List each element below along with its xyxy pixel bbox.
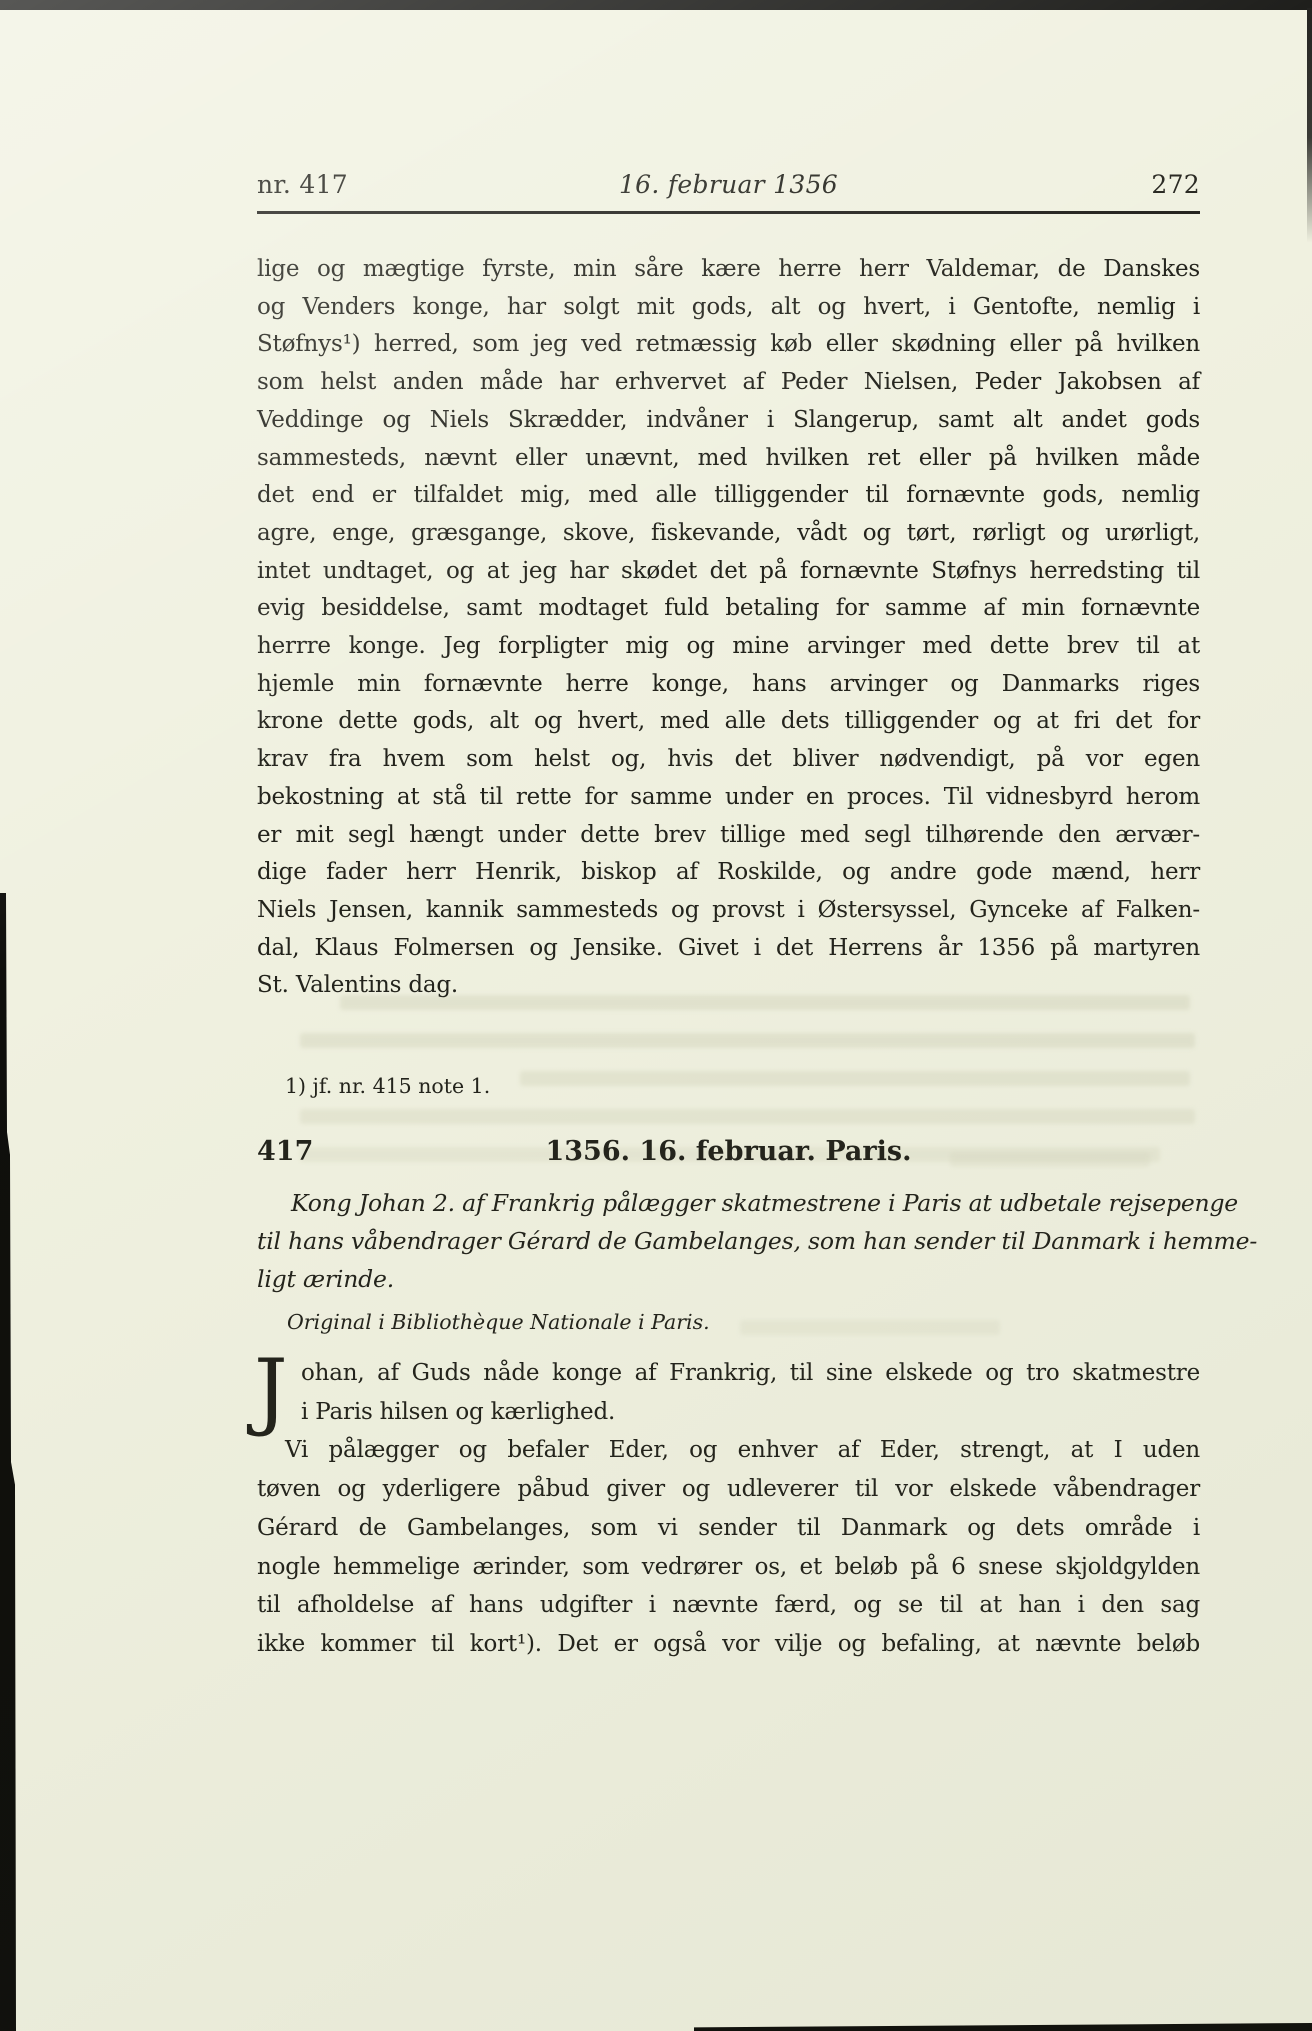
- header-rule: [257, 211, 1200, 214]
- text-line: i Paris hilsen og kærlighed.: [257, 1393, 1200, 1432]
- text-line: krav fra hvem som helst og, hvis det bli…: [257, 741, 1200, 779]
- scan-artifact-right-edge: [1307, 8, 1312, 243]
- text-line: er mit segl hængt under dette brev tilli…: [257, 817, 1200, 855]
- charter-number: 417: [257, 1136, 313, 1167]
- source-note: Original i Bibliothèque Nationale i Pari…: [257, 1310, 1200, 1334]
- scan-artifact-left-edge: [0, 893, 16, 2031]
- text-line: ohan, af Guds nåde konge af Frankrig, ti…: [257, 1354, 1200, 1393]
- header-entry-number: nr. 417: [257, 170, 348, 199]
- text-line: som helst anden måde har erhvervet af Pe…: [257, 364, 1200, 402]
- text-line: Støfnys¹) herred, som jeg ved retmæssig …: [257, 326, 1200, 364]
- summary-line: Kong Johan 2. af Frankrig pålægger skatm…: [257, 1184, 1200, 1222]
- text-line: Gérard de Gambelanges, som vi sender til…: [257, 1509, 1200, 1548]
- header-date: 16. februar 1356: [619, 170, 838, 199]
- footnote: 1) jf. nr. 415 note 1.: [257, 1074, 1200, 1098]
- text-line: Veddinge og Niels Skrædder, indvåner i S…: [257, 402, 1200, 440]
- text-line: ikke kommer til kort¹). Det er også vor …: [257, 1625, 1200, 1664]
- scanned-book-page: nr. 417 16. februar 1356 272 lige og mæg…: [0, 0, 1312, 2031]
- text-line: Vi pålægger og befaler Eder, og enhver a…: [257, 1431, 1200, 1470]
- bleed-through: [300, 1109, 1195, 1124]
- summary-line: til hans våbendrager Gérard de Gambelang…: [257, 1222, 1200, 1260]
- bleed-through: [300, 1033, 1195, 1048]
- charter-dateline: 1356. 16. februar. Paris.: [257, 1136, 1200, 1167]
- text-line: evig besiddelse, samt modtaget fuld beta…: [257, 590, 1200, 628]
- text-line: sammesteds, nævnt eller unævnt, med hvil…: [257, 440, 1200, 478]
- text-line: tøven og yderligere påbud giver og udlev…: [257, 1470, 1200, 1509]
- text-line: og Venders konge, har solgt mit gods, al…: [257, 289, 1200, 327]
- text-line: dige fader herr Henrik, biskop af Roskil…: [257, 854, 1200, 892]
- text-line: bekostning at stå til rette for samme un…: [257, 779, 1200, 817]
- summary-line: ligt ærinde.: [257, 1260, 1200, 1298]
- text-line: agre, enge, græsgange, skove, fiskevande…: [257, 515, 1200, 553]
- charter-body: J ohan, af Guds nåde konge af Frankrig, …: [257, 1354, 1200, 1664]
- text-line: til afholdelse af hans udgifter i nævnte…: [257, 1586, 1200, 1625]
- scan-artifact-bottom-bar: [694, 2023, 1312, 2031]
- header-page-number: 272: [1151, 170, 1200, 199]
- text-line: herrre konge. Jeg forpligter mig og mine…: [257, 628, 1200, 666]
- text-line: lige og mægtige fyrste, min såre kære he…: [257, 251, 1200, 289]
- text-line: nogle hemmelige ærinder, som vedrører os…: [257, 1548, 1200, 1587]
- text-line: St. Valentins dag.: [257, 967, 1200, 1005]
- charter-summary: Kong Johan 2. af Frankrig pålægger skatm…: [257, 1184, 1200, 1298]
- text-line: Niels Jensen, kannik sammesteds og provs…: [257, 892, 1200, 930]
- text-line: dal, Klaus Folmersen og Jensike. Givet i…: [257, 930, 1200, 968]
- running-header: nr. 417 16. februar 1356 272: [257, 170, 1200, 199]
- text-line: krone dette gods, alt og hvert, med alle…: [257, 703, 1200, 741]
- text-line: hjemle min fornævnte herre konge, hans a…: [257, 666, 1200, 704]
- charter-heading: 417 1356. 16. februar. Paris.: [257, 1136, 1200, 1167]
- charter-body-paragraph: lige og mægtige fyrste, min såre kære he…: [257, 251, 1200, 1005]
- scan-artifact-top-bar: [0, 0, 1312, 10]
- drop-cap: J: [254, 1348, 288, 1432]
- text-line: intet undtaget, og at jeg har skødet det…: [257, 553, 1200, 591]
- text-line: det end er tilfaldet mig, med alle tilli…: [257, 477, 1200, 515]
